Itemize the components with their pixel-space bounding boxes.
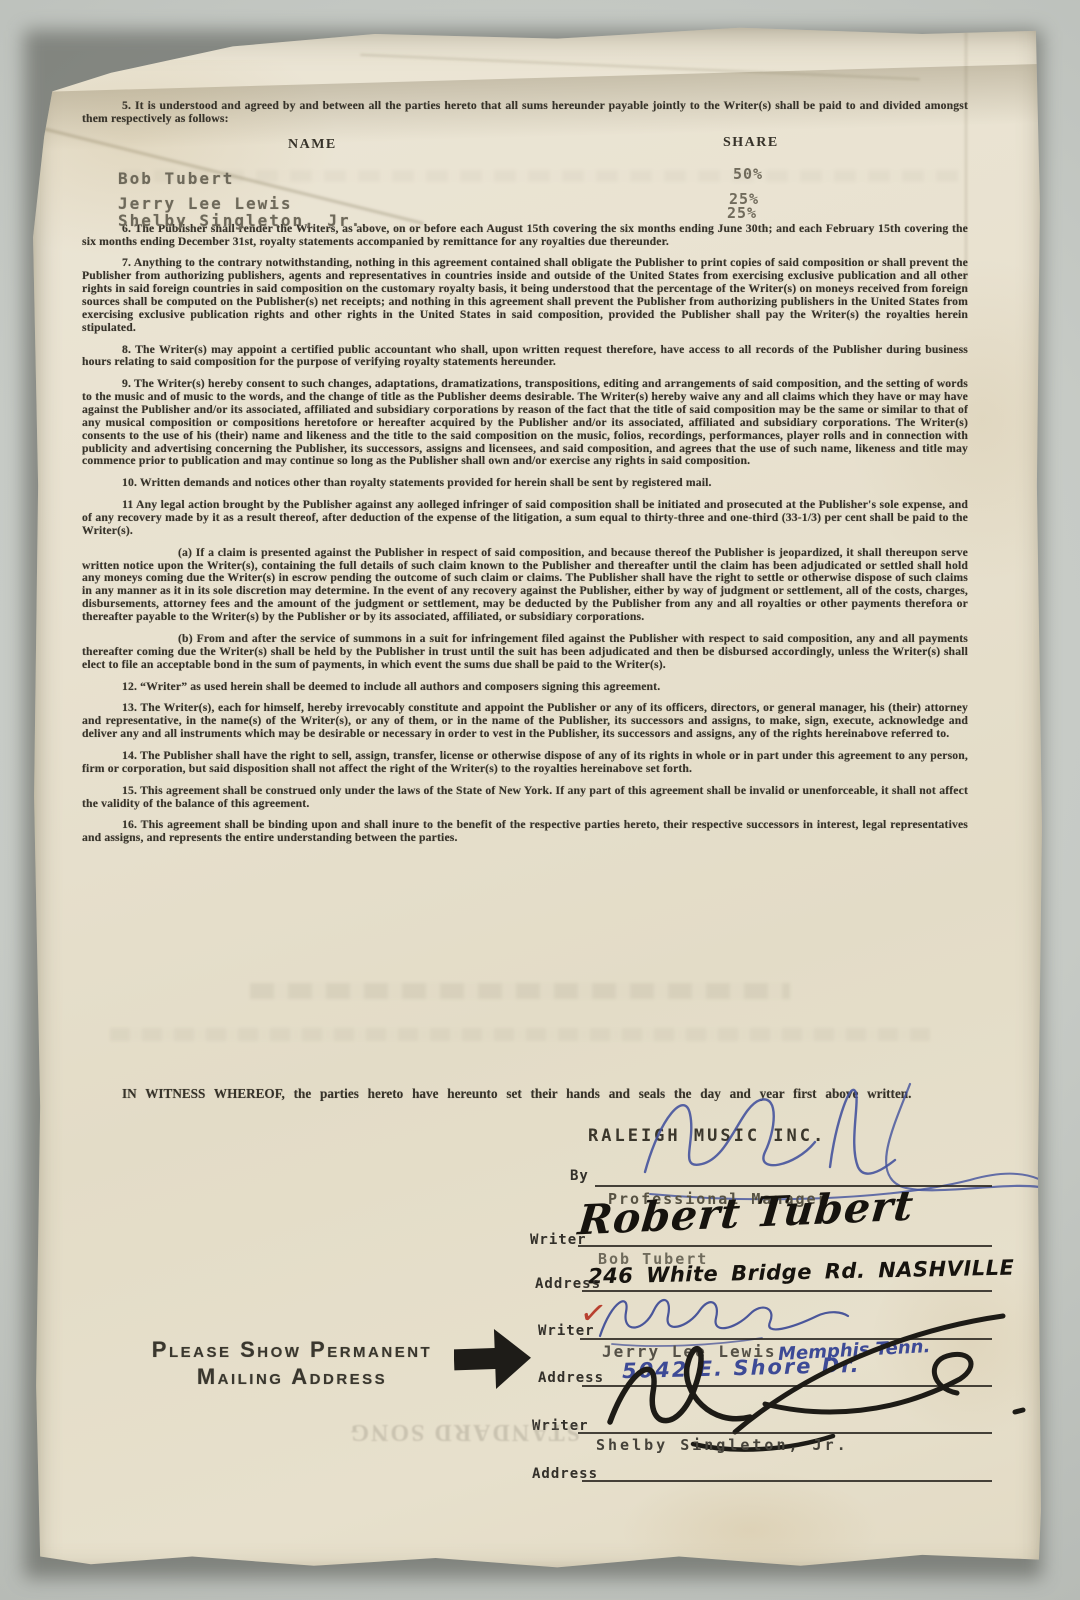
stamp-line-1: Please Show Permanent [122,1336,462,1363]
share-row-value: 25% [727,204,757,222]
share-table-name-header: NAME [288,137,337,153]
by-label: By [570,1168,589,1184]
clause-12: 12. “Writer” as used herein shall be dee… [82,681,968,694]
writer1-signature-line [578,1245,992,1247]
share-row-name: Shelby Singleton, Jr. [118,211,362,230]
clause-10: 10. Written demands and notices other th… [82,477,968,490]
clause-11a: (a) If a claim is presented against the … [82,547,968,624]
bleed-through-text: STANDARD SONG [280,1418,580,1445]
clause-9: 9. The Writer(s) hereby consent to such … [82,378,968,468]
share-table-share-header: SHARE [723,135,779,151]
clause-8: 8. The Writer(s) may appoint a certified… [82,344,968,370]
contract-body: 5. It is understood and agreed by and be… [82,100,968,854]
clause-14: 14. The Publisher shall have the right t… [82,750,968,776]
writer3-typed-name: Shelby Singleton, Jr. [596,1436,849,1454]
clause-16: 16. This agreement shall be binding upon… [82,819,968,845]
clause-11b: (b) From and after the service of summon… [82,633,968,672]
share-row-name: Bob Tubert [118,169,234,188]
bleed-through-line [110,1028,930,1041]
writer3-signature-line [578,1432,992,1434]
contract-paper: 5. It is understood and agreed by and be… [30,20,1044,1572]
address3-line [582,1480,992,1482]
bleed-through-line [250,983,790,999]
scanned-contract-page: 5. It is understood and agreed by and be… [0,0,1080,1600]
share-row-value: 50% [733,165,763,183]
clause-11: 11 Any legal action brought by the Publi… [82,499,968,538]
right-arrow-icon [454,1326,534,1392]
share-table: NAME SHARE Bob Tubert 50% Jerry Lee Lewi… [82,135,968,227]
clause-13: 13. The Writer(s), each for himself, her… [82,702,968,741]
mailing-address-stamp: Please Show Permanent Mailing Address [122,1336,462,1390]
clause-7: 7. Anything to the contrary notwithstand… [82,257,968,334]
stamp-line-2: Mailing Address [122,1363,462,1390]
clause-15: 15. This agreement shall be construed on… [82,785,968,811]
clause-5: 5. It is understood and agreed by and be… [82,100,968,126]
